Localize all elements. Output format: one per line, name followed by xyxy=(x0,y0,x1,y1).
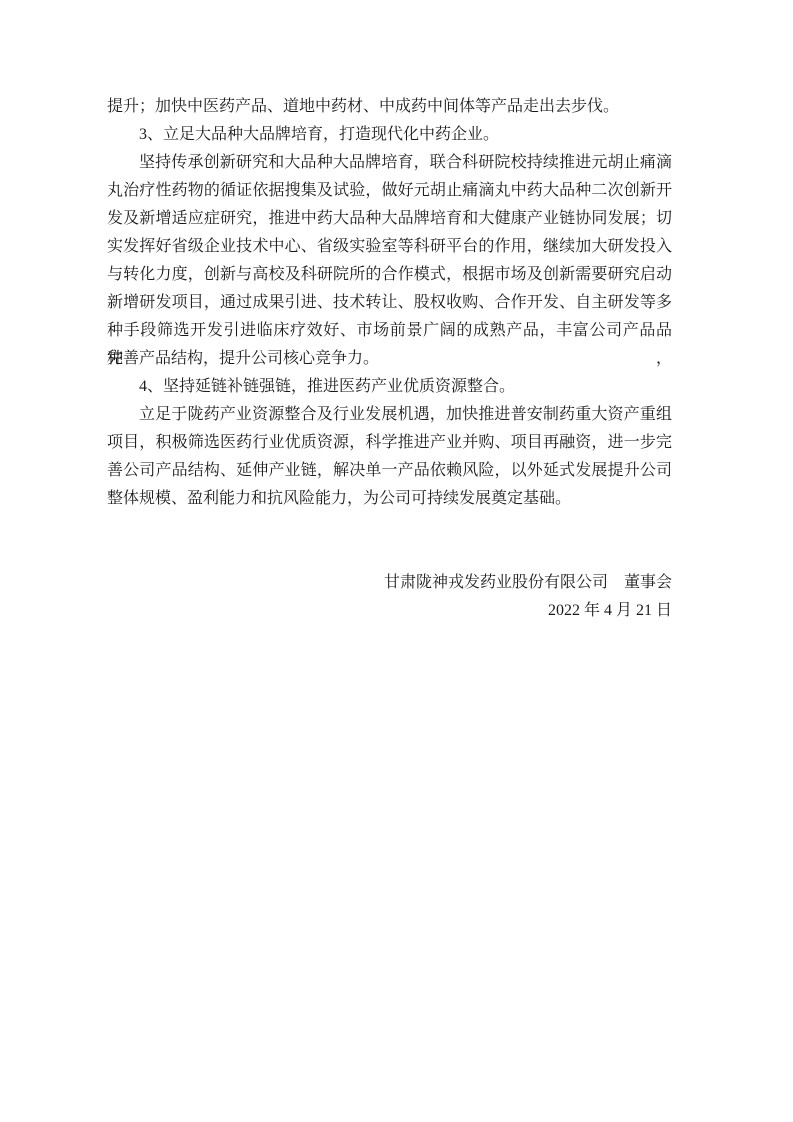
paragraph-line: 丸治疗性药物的循证依据搜集及试验，做好元胡止痛滴丸中药大品种二次创新开 xyxy=(107,177,672,205)
paragraph-line: 种手段筛选开发引进临床疗效好、市场前景广阔的成熟产品，丰富公司产品品种， xyxy=(107,317,672,345)
signature-date: 2022 年 4 月 21 日 xyxy=(107,597,672,625)
paragraph-line: 立足于陇药产业资源整合及行业发展机遇，加快推进普安制药重大资产重组 xyxy=(107,401,672,429)
paragraph-last-line: 整体规模、盈利能力和抗风险能力，为公司可持续发展奠定基础。 xyxy=(107,485,672,513)
paragraph-line: 发及新增适应症研究，推进中药大品种大品牌培育和大健康产业链协同发展；切 xyxy=(107,205,672,233)
paragraph-line: 项目，积极筛选医药行业优质资源，科学推进产业并购、项目再融资，进一步完 xyxy=(107,429,672,457)
paragraph-line: 与转化力度，创新与高校及科研院所的合作模式，根据市场及创新需要研究启动 xyxy=(107,261,672,289)
paragraph-line: 善公司产品结构、延伸产业链，解决单一产品依赖风险，以外延式发展提升公司 xyxy=(107,457,672,485)
paragraph-line: 新增研发项目，通过成果引进、技术转让、股权收购、合作开发、自主研发等多 xyxy=(107,289,672,317)
continuation-line: 提升；加快中医药产品、道地中药材、中成药中间体等产品走出去步伐。 xyxy=(107,93,672,121)
document-page-body: 提升；加快中医药产品、道地中药材、中成药中间体等产品走出去步伐。 3、立足大品种… xyxy=(107,93,672,625)
signature-company: 甘肃陇神戎发药业股份有限公司 董事会 xyxy=(107,569,672,597)
blank-space xyxy=(107,513,672,569)
paragraph-line: 坚持传承创新研究和大品种大品牌培育，联合科研院校持续推进元胡止痛滴 xyxy=(107,149,672,177)
paragraph-line: 实发挥好省级企业技术中心、省级实验室等科研平台的作用，继续加大研发投入 xyxy=(107,233,672,261)
section-4-heading: 4、坚持延链补链强链，推进医药产业优质资源整合。 xyxy=(107,373,672,401)
section-3-heading: 3、立足大品种大品牌培育，打造现代化中药企业。 xyxy=(107,121,672,149)
